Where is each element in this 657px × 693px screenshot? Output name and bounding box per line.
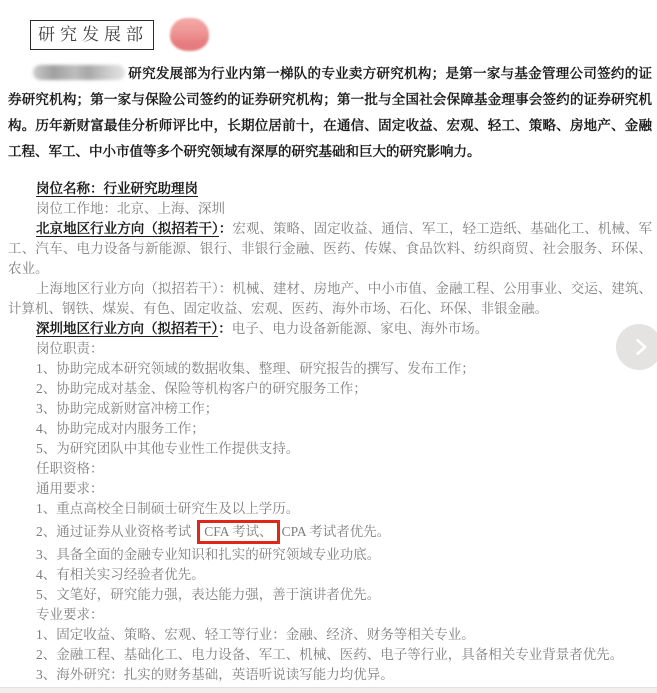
beijing-direction-colon: ： [219, 221, 233, 236]
responsibility-item: 3、协助完成新财富冲榜工作； [8, 399, 652, 419]
general-requirement-item: 3、具备全面的金融专业知识和扎实的研究领域专业功底。 [8, 545, 652, 565]
professional-requirement-item: 2、金融工程、基础化工、电力设备、军工、机械、医药、电子等行业，具备相关专业背景… [8, 645, 652, 665]
chevron-right-icon [628, 337, 651, 357]
redacted-logo-icon [170, 18, 209, 51]
cfa-line-suffix: CPA 考试者优先。 [282, 524, 391, 539]
shanghai-direction-line: 上海地区行业方向（拟招若干）：机械、建材、房地产、中小市值、金融工程、公用事业、… [8, 279, 652, 319]
responsibility-item: 1、协助完成本研究领域的数据收集、整理、研究报告的撰写、发布工作； [8, 359, 652, 379]
general-requirement-item: 1、重点高校全日制硕士研究生及以上学历。 [8, 499, 652, 519]
shenzhen-direction-colon: ： [218, 321, 232, 336]
responsibility-item: 2、协助完成对基金、保险等机构客户的研究服务工作； [8, 379, 652, 399]
general-requirement-item: 5、文笔好，研究能力强，表达能力强，善于演讲者优先。 [8, 585, 652, 605]
redacted-company-name [33, 65, 125, 80]
responsibility-item: 4、协助完成对内服务工作； [8, 419, 652, 439]
cfa-highlight-box: CFA 考试、 [197, 520, 279, 544]
responsibility-item: 5、为研究团队中其他专业性工作提供支持。 [8, 439, 652, 459]
department-title-box: 研究发展部 [30, 20, 154, 50]
carousel-next-button[interactable] [616, 324, 657, 370]
job-posting-body: 岗位名称：行业研究助理岗 岗位工作地：北京、上海、深圳 北京地区行业方向（拟招若… [8, 179, 652, 685]
qualifications-heading: 任职资格： [8, 459, 652, 479]
responsibilities-heading: 岗位职责： [8, 339, 652, 359]
general-requirement-item: 4、有相关实习经验者优先。 [8, 565, 652, 585]
intro-paragraph: 研究发展部为行业内第一梯队的专业卖方研究机构；是第一家与基金管理公司签约的证券研… [8, 61, 652, 165]
cfa-line-prefix: 2、通过证券从业资格考试 [36, 524, 191, 539]
job-title-heading: 岗位名称：行业研究助理岗 [36, 181, 198, 197]
document-header: 研究发展部 [30, 16, 652, 54]
shenzhen-direction-label: 深圳地区行业方向（拟招若干） [36, 321, 218, 337]
document-page: 研究发展部 研究发展部为行业内第一梯队的专业卖方研究机构；是第一家与基金管理公司… [0, 0, 657, 693]
general-requirement-item-cfa: 2、通过证券从业资格考试CFA 考试、CPA 考试者优先。 [8, 519, 652, 545]
beijing-direction-line: 北京地区行业方向（拟招若干）：宏观、策略、固定收益、通信、军工，轻工造纸、基础化… [8, 219, 652, 279]
job-title-line: 岗位名称：行业研究助理岗 [8, 179, 652, 199]
shenzhen-direction-line: 深圳地区行业方向（拟招若干）：电子、电力设备新能源、家电、海外市场。 [8, 319, 652, 339]
beijing-direction-label: 北京地区行业方向（拟招若干） [36, 221, 219, 237]
job-location-line: 岗位工作地：北京、上海、深圳 [8, 199, 652, 219]
general-requirements-heading: 通用要求： [8, 479, 652, 499]
professional-requirement-item: 3、海外研究：扎实的财务基础，英语听说读写能力均优异。 [8, 665, 652, 685]
shenzhen-direction-text: 电子、电力设备新能源、家电、海外市场。 [232, 321, 489, 336]
professional-requirements-heading: 专业要求： [8, 605, 652, 625]
professional-requirement-item: 1、固定收益、策略、宏观、轻工等行业：金融、经济、财务等相关专业。 [8, 625, 652, 645]
bottom-divider [0, 687, 657, 693]
